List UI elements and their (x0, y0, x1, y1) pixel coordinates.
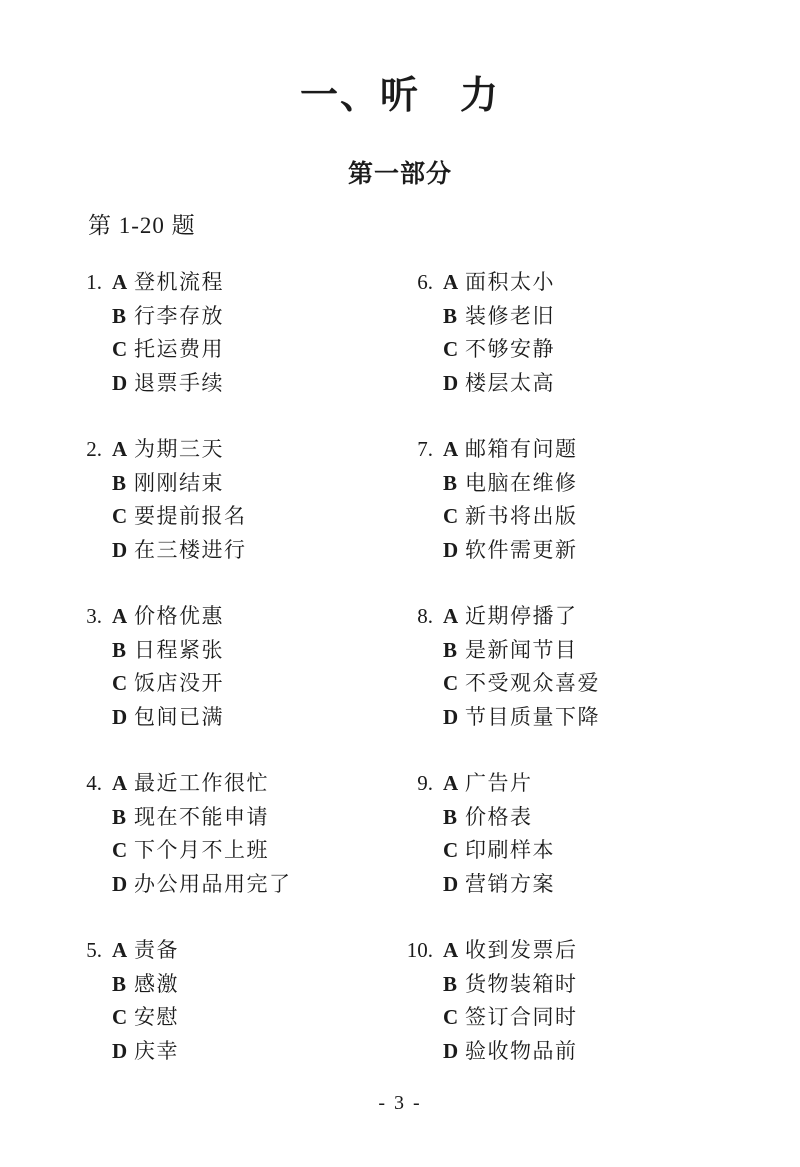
option-text: 是新闻节目 (465, 634, 578, 668)
option-row: D在三楼进行 (72, 534, 402, 568)
option-row: D验收物品前 (403, 1035, 733, 1069)
page-number: - 3 - (0, 1092, 800, 1115)
option-row: C饭店没开 (72, 667, 402, 701)
option-row: B货物装箱时 (403, 968, 733, 1002)
option-row: C不受观众喜爱 (403, 667, 733, 701)
option-text: 价格表 (465, 801, 533, 835)
option-row: B行李存放 (72, 300, 402, 334)
option-letter: D (443, 534, 465, 568)
option-row: B日程紧张 (72, 634, 402, 668)
question-number: 9. (403, 767, 433, 801)
question-block: 1.A登机流程B行李存放C托运费用D退票手续 (72, 266, 402, 400)
option-row: C要提前报名 (72, 500, 402, 534)
option-row: C托运费用 (72, 333, 402, 367)
question-number: 4. (72, 767, 102, 801)
question-column-right: 6.A面积太小B装修老旧C不够安静D楼层太高7.A邮箱有问题B电脑在维修C新书将… (403, 266, 733, 1101)
option-row: C下个月不上班 (72, 834, 402, 868)
option-row: 3.A价格优惠 (72, 600, 402, 634)
option-row: B价格表 (403, 801, 733, 835)
option-letter: B (112, 300, 134, 334)
option-text: 刚刚结束 (134, 467, 224, 501)
option-letter: B (112, 968, 134, 1002)
option-row: 9.A广告片 (403, 767, 733, 801)
option-text: 不够安静 (465, 333, 555, 367)
option-letter: B (443, 801, 465, 835)
option-letter: B (112, 801, 134, 835)
option-text: 为期三天 (134, 433, 224, 467)
option-letter: B (443, 634, 465, 668)
option-text: 责备 (134, 934, 179, 968)
option-letter: B (443, 300, 465, 334)
option-letter: C (112, 667, 134, 701)
option-row: 7.A邮箱有问题 (403, 433, 733, 467)
option-text: 办公用品用完了 (134, 868, 292, 902)
option-letter: B (443, 467, 465, 501)
option-text: 验收物品前 (465, 1035, 578, 1069)
option-text: 装修老旧 (465, 300, 555, 334)
option-text: 近期停播了 (465, 600, 578, 634)
option-row: C安慰 (72, 1001, 402, 1035)
option-text: 签订合同时 (465, 1001, 578, 1035)
option-letter: D (112, 367, 134, 401)
option-letter: D (112, 534, 134, 568)
option-text: 电脑在维修 (465, 467, 578, 501)
question-block: 3.A价格优惠B日程紧张C饭店没开D包间已满 (72, 600, 402, 734)
option-text: 节目质量下降 (465, 701, 600, 735)
option-text: 日程紧张 (134, 634, 224, 668)
question-block: 7.A邮箱有问题B电脑在维修C新书将出版D软件需更新 (403, 433, 733, 567)
option-text: 庆幸 (134, 1035, 179, 1069)
option-letter: C (112, 834, 134, 868)
option-letter: B (443, 968, 465, 1002)
option-letter: C (112, 500, 134, 534)
option-letter: A (112, 600, 134, 634)
question-block: 2.A为期三天B刚刚结束C要提前报名D在三楼进行 (72, 433, 402, 567)
option-letter: A (112, 767, 134, 801)
option-text: 行李存放 (134, 300, 224, 334)
question-block: 9.A广告片B价格表C印刷样本D营销方案 (403, 767, 733, 901)
option-text: 不受观众喜爱 (465, 667, 600, 701)
option-text: 营销方案 (465, 868, 555, 902)
option-text: 楼层太高 (465, 367, 555, 401)
question-number: 3. (72, 600, 102, 634)
option-letter: D (443, 868, 465, 902)
option-row: 1.A登机流程 (72, 266, 402, 300)
question-block: 6.A面积太小B装修老旧C不够安静D楼层太高 (403, 266, 733, 400)
option-letter: C (443, 500, 465, 534)
option-row: C印刷样本 (403, 834, 733, 868)
option-letter: A (112, 266, 134, 300)
option-row: D办公用品用完了 (72, 868, 402, 902)
option-row: C签订合同时 (403, 1001, 733, 1035)
option-letter: C (112, 1001, 134, 1035)
option-row: 8.A近期停播了 (403, 600, 733, 634)
option-letter: C (443, 333, 465, 367)
option-row: B是新闻节目 (403, 634, 733, 668)
question-number: 10. (403, 934, 433, 968)
option-text: 收到发票后 (465, 934, 578, 968)
question-block: 5.A责备B感激C安慰D庆幸 (72, 934, 402, 1068)
option-text: 登机流程 (134, 266, 224, 300)
option-row: D退票手续 (72, 367, 402, 401)
option-letter: D (112, 701, 134, 735)
question-number: 7. (403, 433, 433, 467)
option-letter: A (443, 767, 465, 801)
option-letter: C (443, 834, 465, 868)
option-letter: A (443, 934, 465, 968)
option-text: 新书将出版 (465, 500, 578, 534)
option-text: 托运费用 (134, 333, 224, 367)
question-block: 4.A最近工作很忙B现在不能申请C下个月不上班D办公用品用完了 (72, 767, 402, 901)
option-row: B刚刚结束 (72, 467, 402, 501)
option-text: 现在不能申请 (134, 801, 269, 835)
part-title: 第一部分 (0, 154, 800, 190)
option-text: 饭店没开 (134, 667, 224, 701)
question-number: 1. (72, 266, 102, 300)
option-text: 下个月不上班 (134, 834, 269, 868)
option-row: D营销方案 (403, 868, 733, 902)
option-row: D软件需更新 (403, 534, 733, 568)
option-text: 最近工作很忙 (134, 767, 269, 801)
option-text: 软件需更新 (465, 534, 578, 568)
option-row: D包间已满 (72, 701, 402, 735)
option-row: B电脑在维修 (403, 467, 733, 501)
option-row: 4.A最近工作很忙 (72, 767, 402, 801)
question-range-label: 第 1-20 题 (88, 207, 196, 240)
option-row: C新书将出版 (403, 500, 733, 534)
question-column-left: 1.A登机流程B行李存放C托运费用D退票手续2.A为期三天B刚刚结束C要提前报名… (72, 266, 402, 1101)
option-row: B感激 (72, 968, 402, 1002)
option-letter: C (443, 1001, 465, 1035)
option-letter: C (112, 333, 134, 367)
option-letter: D (443, 1035, 465, 1069)
option-letter: A (112, 433, 134, 467)
option-letter: B (112, 634, 134, 668)
option-letter: A (443, 600, 465, 634)
section-title: 一、听 力 (0, 64, 800, 119)
option-row: D楼层太高 (403, 367, 733, 401)
option-text: 在三楼进行 (134, 534, 247, 568)
option-letter: D (112, 868, 134, 902)
option-letter: A (443, 433, 465, 467)
option-row: 6.A面积太小 (403, 266, 733, 300)
option-text: 退票手续 (134, 367, 224, 401)
option-letter: D (443, 701, 465, 735)
question-number: 6. (403, 266, 433, 300)
option-text: 感激 (134, 968, 179, 1002)
option-row: 10.A收到发票后 (403, 934, 733, 968)
option-row: 5.A责备 (72, 934, 402, 968)
option-letter: B (112, 467, 134, 501)
option-text: 邮箱有问题 (465, 433, 578, 467)
option-row: C不够安静 (403, 333, 733, 367)
option-row: B装修老旧 (403, 300, 733, 334)
option-text: 要提前报名 (134, 500, 247, 534)
option-text: 面积太小 (465, 266, 555, 300)
question-block: 10.A收到发票后B货物装箱时C签订合同时D验收物品前 (403, 934, 733, 1068)
option-text: 印刷样本 (465, 834, 555, 868)
option-text: 安慰 (134, 1001, 179, 1035)
option-row: 2.A为期三天 (72, 433, 402, 467)
option-text: 包间已满 (134, 701, 224, 735)
option-letter: C (443, 667, 465, 701)
option-text: 价格优惠 (134, 600, 224, 634)
option-letter: A (443, 266, 465, 300)
option-letter: D (112, 1035, 134, 1069)
question-number: 2. (72, 433, 102, 467)
option-row: D节目质量下降 (403, 701, 733, 735)
question-number: 8. (403, 600, 433, 634)
exam-page: 一、听 力 第一部分 第 1-20 题 1.A登机流程B行李存放C托运费用D退票… (0, 0, 800, 1167)
option-letter: A (112, 934, 134, 968)
option-letter: D (443, 367, 465, 401)
option-text: 广告片 (465, 767, 533, 801)
question-block: 8.A近期停播了B是新闻节目C不受观众喜爱D节目质量下降 (403, 600, 733, 734)
question-number: 5. (72, 934, 102, 968)
option-row: D庆幸 (72, 1035, 402, 1069)
option-text: 货物装箱时 (465, 968, 578, 1002)
option-row: B现在不能申请 (72, 801, 402, 835)
